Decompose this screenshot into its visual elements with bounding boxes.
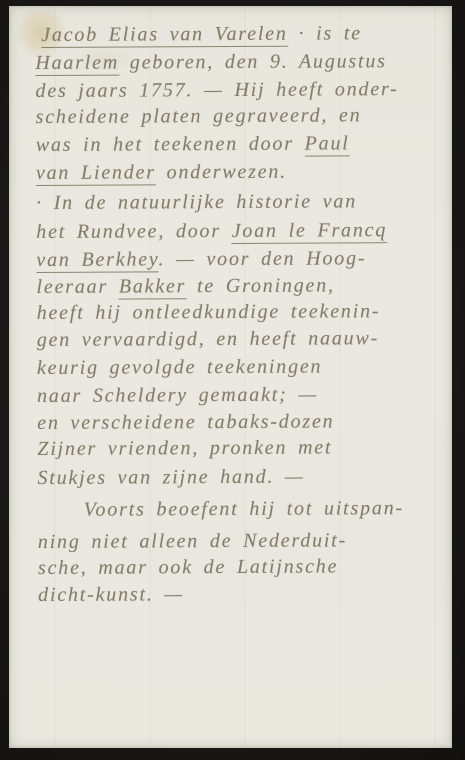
text-segment: · is te <box>288 22 362 44</box>
manuscript-line: heeft hij ontleedkundige teekenin- <box>37 299 381 325</box>
manuscript-line: Haarlem geboren, den 9. Augustus <box>35 49 386 75</box>
manuscript-line: Zijner vrienden, pronken met <box>37 435 332 461</box>
manuscript-line: des jaars 1757. — Hij heeft onder- <box>35 77 398 103</box>
photo-backdrop: { "manuscript": { "description": "handwr… <box>0 0 465 760</box>
text-segment: en verscheidene tabaks-dozen <box>37 410 334 434</box>
manuscript-line: van Berkhey. — voor den Hoog- <box>36 246 366 272</box>
text-segment: keurig gevolgde teekeningen <box>37 356 323 379</box>
text-segment: te Groningen, <box>186 274 335 297</box>
manuscript-line: was in het teekenen door Paul <box>36 131 350 157</box>
underlined-text-segment: Bakker <box>119 275 187 299</box>
manuscript-line: keurig gevolgde teekeningen <box>37 355 323 380</box>
underlined-text-segment: Paul <box>305 132 350 156</box>
manuscript-line: sche, maar ook de Latijnsche <box>38 554 338 580</box>
text-segment: Stukjes van zijne hand. — <box>37 466 304 489</box>
manuscript-line: ning niet alleen de Nederduit- <box>38 528 347 554</box>
text-segment: heeft hij ontleedkundige teekenin- <box>37 300 381 324</box>
text-segment: geboren, den 9. Augustus <box>119 50 387 73</box>
text-segment: onderwezen. <box>156 161 287 184</box>
text-segment: naar Scheldery gemaakt; — <box>37 384 318 407</box>
text-segment: leeraar <box>36 276 118 298</box>
manuscript-line: gen vervaardigd, en heeft naauw- <box>37 326 379 352</box>
text-segment: des jaars 1757. — Hij heeft onder- <box>35 78 398 102</box>
text-segment: scheidene platen gegraveerd, en <box>36 104 362 128</box>
manuscript-page: Jacob Elias van Varelen · is te Haarlem … <box>9 6 452 748</box>
manuscript-line: dicht-kunst. — <box>38 582 184 607</box>
underlined-text-segment: van Berkhey <box>36 248 158 273</box>
manuscript-line: Stukjes van zijne hand. — <box>37 465 304 490</box>
text-segment: Voorts beoefent hij tot uitspan- <box>84 497 404 521</box>
manuscript-line: leeraar Bakker te Groningen, <box>36 273 334 299</box>
underlined-text-segment: Jacob Elias van Varelen <box>41 23 288 48</box>
underlined-text-segment: Haarlem <box>35 52 119 76</box>
manuscript-text: Jacob Elias van Varelen · is te Haarlem … <box>7 5 454 749</box>
manuscript-line: het Rundvee, door Joan le Francq <box>36 218 387 244</box>
manuscript-line: Jacob Elias van Varelen · is te <box>41 21 362 47</box>
manuscript-line: · In de natuurlijke historie van <box>36 189 357 215</box>
manuscript-line: van Liender onderwezen. <box>36 160 287 185</box>
text-segment: het Rundvee, door <box>36 220 232 243</box>
text-segment: ning niet alleen de Nederduit- <box>38 529 347 553</box>
underlined-text-segment: Joan le Francq <box>232 219 388 244</box>
underlined-text-segment: van Liender <box>36 161 156 186</box>
text-segment: gen vervaardigd, en heeft naauw- <box>37 327 379 351</box>
manuscript-line: scheidene platen gegraveerd, en <box>36 103 362 129</box>
manuscript-line: Voorts beoefent hij tot uitspan- <box>84 496 404 522</box>
manuscript-line: naar Scheldery gemaakt; — <box>37 383 318 408</box>
text-segment: sche, maar ook de Latijnsche <box>38 555 338 579</box>
text-segment: . — voor den Hoog- <box>158 247 366 270</box>
manuscript-line: en verscheidene tabaks-dozen <box>37 409 334 435</box>
text-segment: was in het teekenen door <box>36 133 305 156</box>
scan-backdrop: Jacob Elias van Varelen · is te Haarlem … <box>0 0 465 760</box>
text-segment: · In de natuurlijke historie van <box>36 190 357 214</box>
text-segment: Zijner vrienden, pronken met <box>37 436 332 460</box>
text-segment: dicht-kunst. — <box>38 583 184 606</box>
